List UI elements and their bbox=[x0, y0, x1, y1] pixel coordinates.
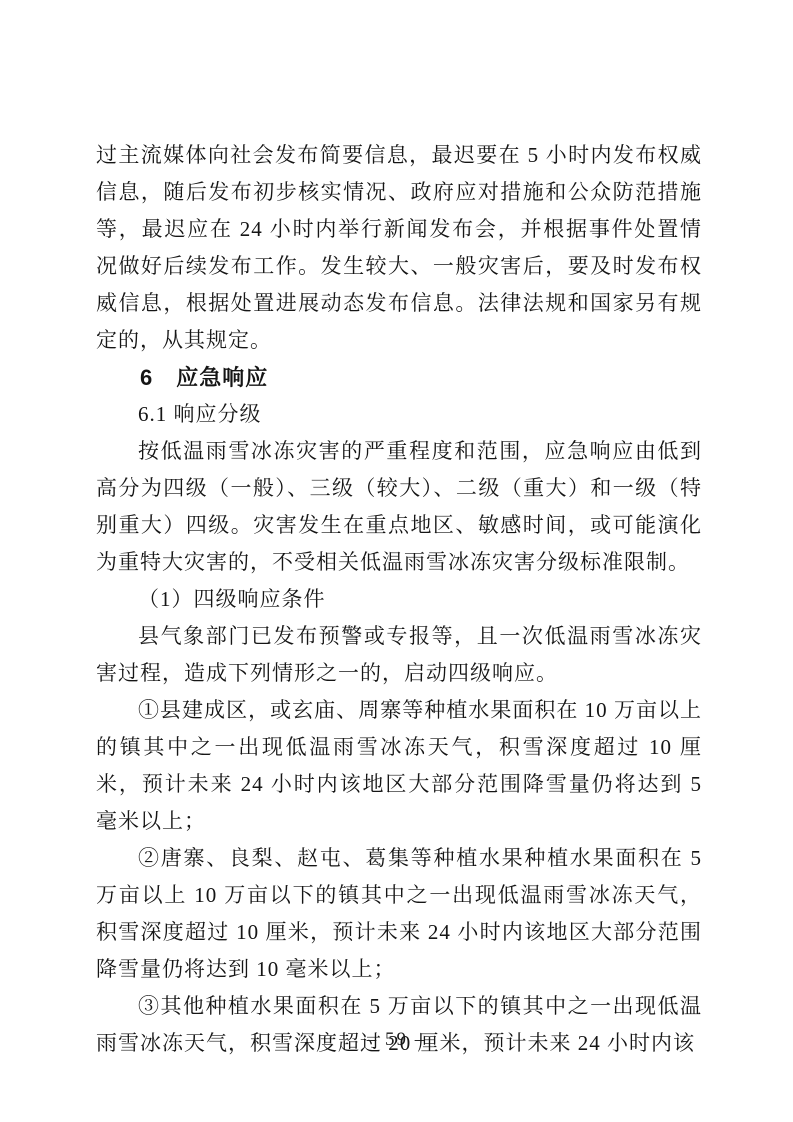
paragraph: 按低温雨雪冰冻灾害的严重程度和范围，应急响应由低到高分为四级（一般）、三级（较大… bbox=[96, 433, 702, 581]
document-body: 过主流媒体向社会发布简要信息，最迟要在 5 小时内发布权威信息，随后发布初步核实… bbox=[96, 137, 702, 1062]
paragraph: ①县建成区，或玄庙、周寨等种植水果面积在 10 万亩以上的镇其中之一出现低温雨雪… bbox=[96, 692, 702, 840]
document-page: 过主流媒体向社会发布简要信息，最迟要在 5 小时内发布权威信息，随后发布初步核实… bbox=[0, 0, 793, 1122]
subsection-heading: 6.1 响应分级 bbox=[96, 396, 702, 433]
section-heading: 6 应急响应 bbox=[96, 359, 702, 396]
paragraph: 过主流媒体向社会发布简要信息，最迟要在 5 小时内发布权威信息，随后发布初步核实… bbox=[96, 137, 702, 359]
paragraph: ②唐寨、良梨、赵屯、葛集等种植水果种植水果面积在 5 万亩以上 10 万亩以下的… bbox=[96, 840, 702, 988]
paragraph: 县气象部门已发布预警或专报等，且一次低温雨雪冰冻灾害过程，造成下列情形之一的，启… bbox=[96, 618, 702, 692]
page-number: – 59 – bbox=[0, 1026, 793, 1054]
paragraph: （1）四级响应条件 bbox=[96, 581, 702, 618]
